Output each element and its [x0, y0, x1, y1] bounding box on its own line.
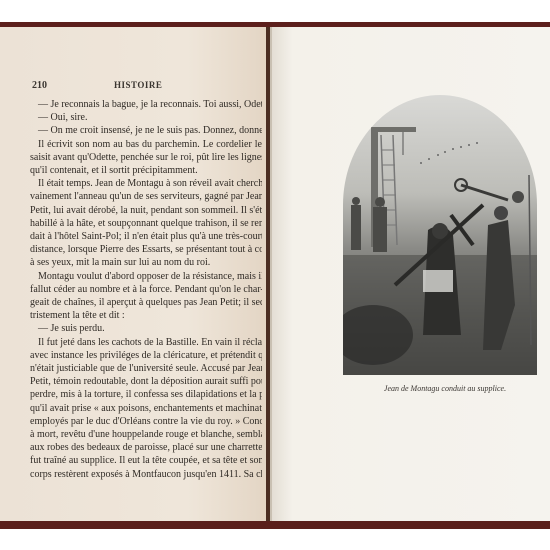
text-line: avec instance les priviléges de la cléri… — [30, 349, 262, 362]
text-line: — Je suis perdu. — [30, 322, 262, 335]
text-line: saisit avant qu'Odette, penchée sur le r… — [30, 151, 262, 164]
text-line: tristement la tête et dit : — [30, 309, 262, 322]
text-line: — On me croit insensé, je ne le suis pas… — [30, 124, 262, 137]
text-line: aux robes des bedeaux de paroisse, placé… — [30, 441, 262, 454]
text-line: distance, lorsque Pierre des Essarts, se… — [30, 243, 262, 256]
body-text: — Je reconnais la bague, je la reconnais… — [30, 98, 262, 481]
text-line: fallut céder au nombre et à la force. Pe… — [30, 283, 262, 296]
page-header: 210 HISTOIRE — [32, 80, 262, 94]
text-line: — Je reconnais la bague, je la reconnais… — [30, 98, 262, 111]
text-line: à mort, revêtu d'une houppelande rouge e… — [30, 428, 262, 441]
cover-bottom-edge — [0, 521, 550, 529]
text-line: Petit, lui avait dérobé, la nuit, pendan… — [30, 204, 262, 217]
text-line: Petit, témoin redoutable, dont la déposi… — [30, 375, 262, 388]
text-line: Il était temps. Jean de Montagu à son ré… — [30, 177, 262, 190]
text-line: à ses yeux, mit la main sur lui au nom d… — [30, 256, 262, 269]
illustration-plate — [343, 95, 537, 375]
text-line: qu'il contenait, et il sortit précipitam… — [30, 164, 262, 177]
text-line: perdre, mis à la torture, il confessa se… — [30, 388, 262, 401]
text-line: Montagu voulut d'abord opposer de la rés… — [30, 270, 262, 283]
text-line: fut traîné au supplice. Il eut la tête c… — [30, 454, 262, 467]
page-number: 210 — [32, 80, 47, 91]
text-line: Il écrivit son nom au bas du parchemin. … — [30, 138, 262, 151]
text-line: employés par le duc d'Orléans contre la … — [30, 415, 262, 428]
text-line: Il fut jeté dans les cachots de la Basti… — [30, 336, 262, 349]
gutter-shadow — [270, 27, 272, 521]
text-line: corps restèrent exposés à Montfaucon jus… — [30, 468, 262, 481]
text-line: geait de chaînes, il aperçut à quelques … — [30, 296, 262, 309]
text-line: dait à l'hôtel Saint-Pol; il n'en était … — [30, 230, 262, 243]
running-head: HISTOIRE — [114, 80, 162, 90]
text-line: vainement l'anneau qu'un de ses serviteu… — [30, 190, 262, 203]
text-line: habillé à la hâte, et soupçonnant quelqu… — [30, 217, 262, 230]
text-line: qu'il avait prise « aux poisons, enchant… — [30, 402, 262, 415]
text-line: — Oui, sire. — [30, 111, 262, 124]
engraving-illustration — [343, 95, 537, 375]
illustration-caption: Jean de Montagu conduit au supplice. — [360, 384, 530, 393]
text-line: n'était justiciable que de l'université … — [30, 362, 262, 375]
